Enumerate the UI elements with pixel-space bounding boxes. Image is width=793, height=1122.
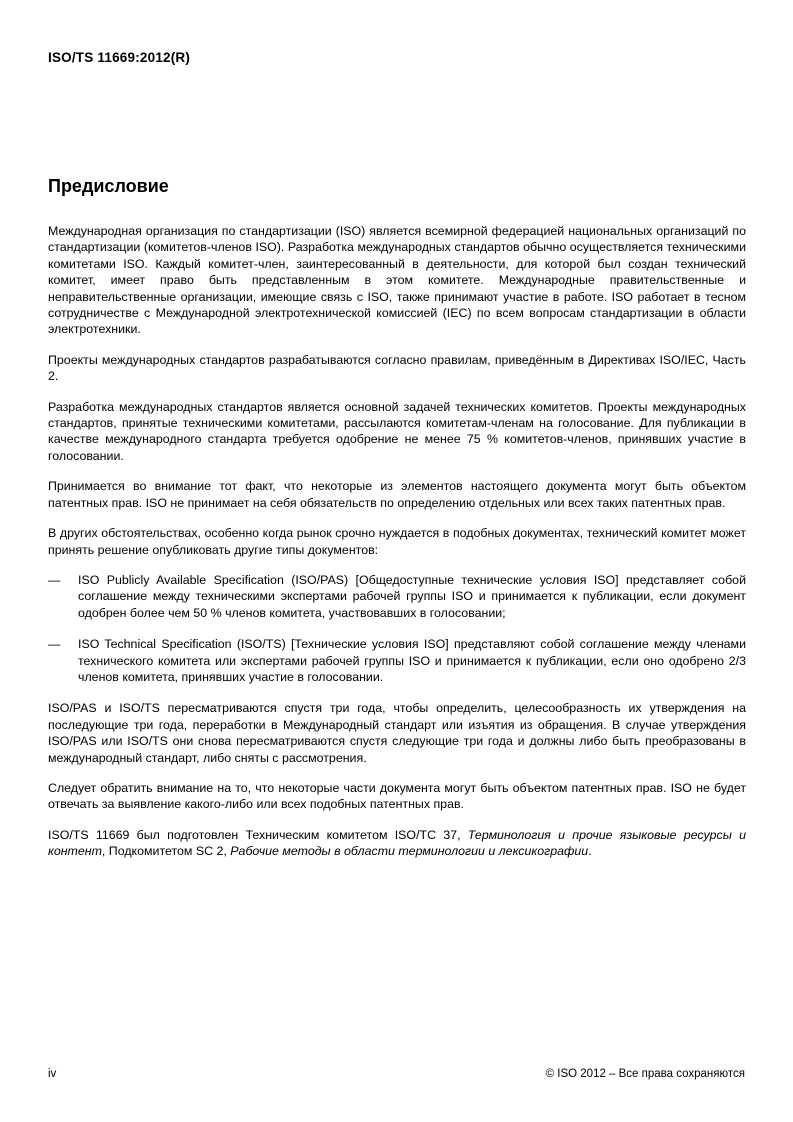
foreword-title: Предисловие <box>48 176 746 197</box>
paragraph-other-documents-intro: В других обстоятельствах, особенно когда… <box>48 525 746 558</box>
bullet-iso-pas: — ISO Publicly Available Specification (… <box>48 572 746 621</box>
paragraph-review-cycle: ISO/PAS и ISO/TS пересматриваются спустя… <box>48 700 746 766</box>
document-page: ISO/TS 11669:2012(R) Предисловие Междуна… <box>0 0 793 1122</box>
bullet-dash-icon: — <box>48 636 78 685</box>
attribution-text-lead: ISO/TS 11669 был подготовлен Техническим… <box>48 828 468 842</box>
copyright-notice: © ISO 2012 – Все права сохраняются <box>546 1068 745 1080</box>
paragraph-patent-attention: Следует обратить внимание на то, что нек… <box>48 780 746 813</box>
attribution-text-end: . <box>588 844 591 858</box>
page-number: iv <box>48 1068 56 1080</box>
paragraph-technical-committees: Разработка международных стандартов явля… <box>48 399 746 465</box>
bullet-iso-ts: — ISO Technical Specification (ISO/TS) [… <box>48 636 746 685</box>
bullet-dash-icon: — <box>48 572 78 621</box>
bullet-iso-pas-text: ISO Publicly Available Specification (IS… <box>78 572 746 621</box>
paragraph-iso-federation: Международная организация по стандартиза… <box>48 223 746 338</box>
paragraph-directives: Проекты международных стандартов разраба… <box>48 352 746 385</box>
page-footer: iv © ISO 2012 – Все права сохраняются <box>48 1068 745 1080</box>
paragraph-committee-attribution: ISO/TS 11669 был подготовлен Техническим… <box>48 827 746 860</box>
paragraph-patent-rights-elements: Принимается во внимание тот факт, что не… <box>48 478 746 511</box>
attribution-subcommittee-name: Рабочие методы в области терминологии и … <box>230 844 588 858</box>
document-reference-header: ISO/TS 11669:2012(R) <box>48 50 190 65</box>
attribution-text-mid: , Подкомитетом SC 2, <box>102 844 230 858</box>
bullet-iso-ts-text: ISO Technical Specification (ISO/TS) [Те… <box>78 636 746 685</box>
foreword-section: Предисловие Международная организация по… <box>48 176 746 874</box>
